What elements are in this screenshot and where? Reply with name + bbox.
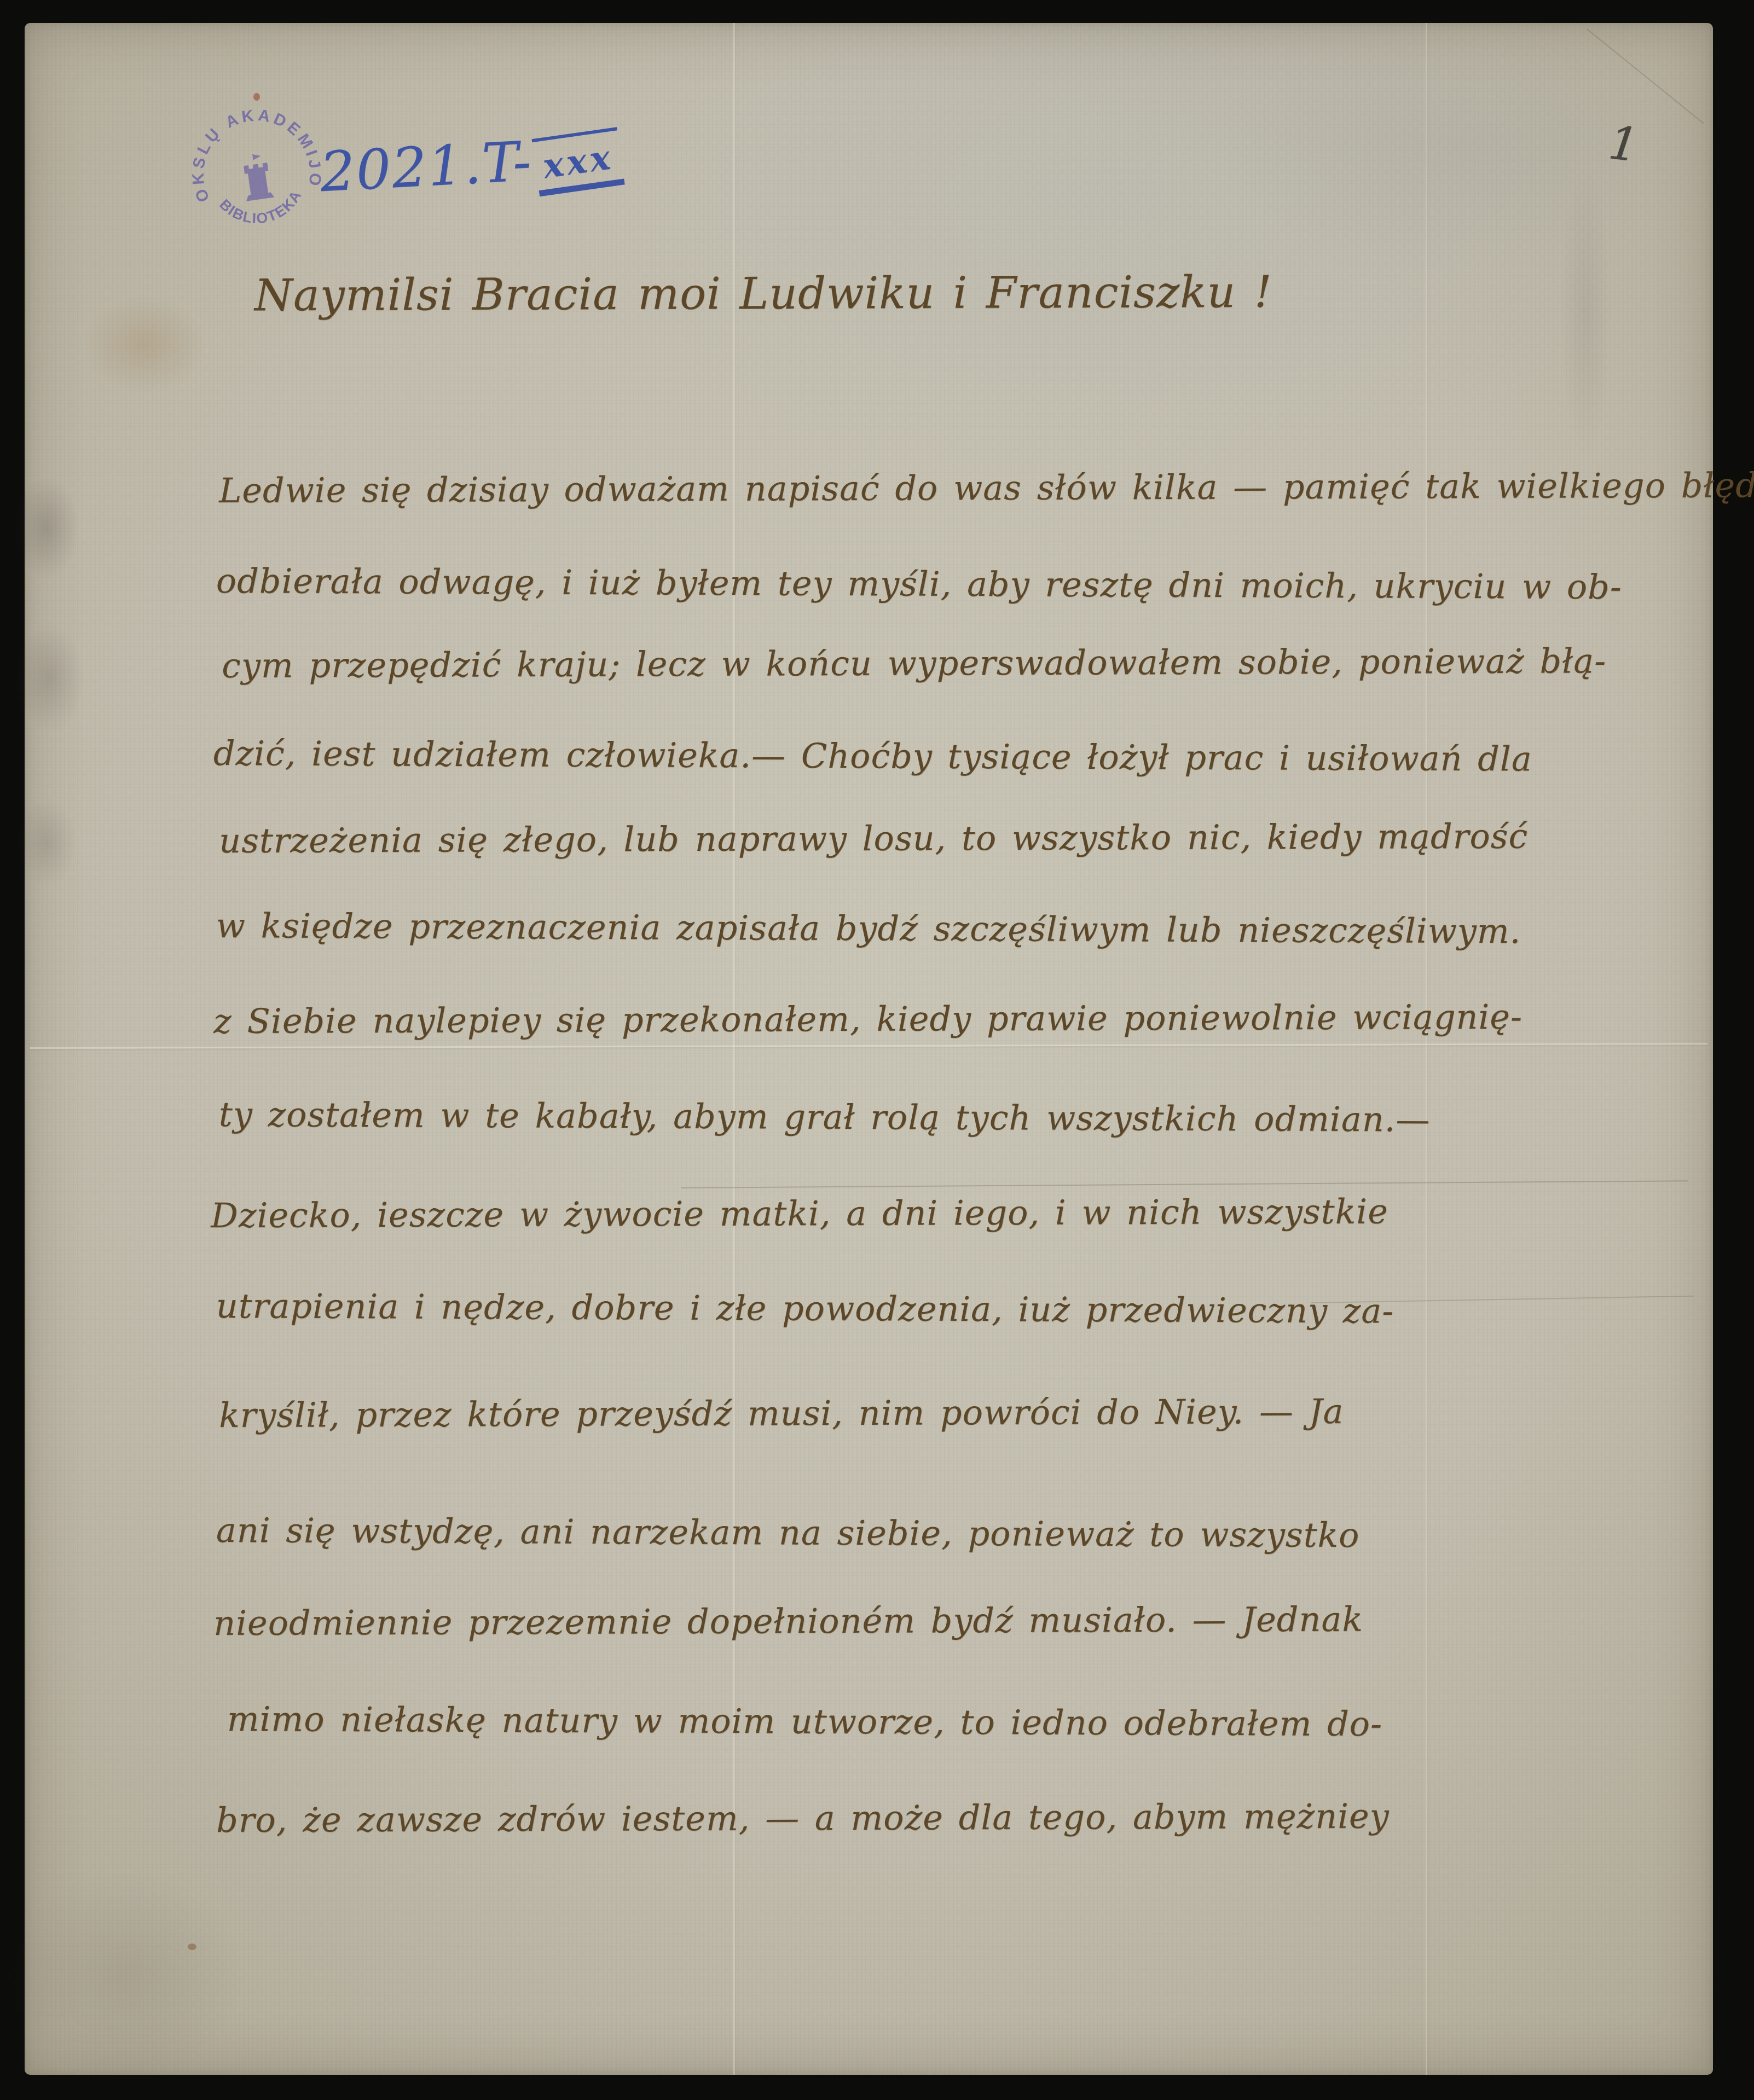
fold-crease-vertical-left — [733, 23, 735, 2075]
handwritten-line-7: z Siebie naylepiey się przekonałem, kied… — [213, 997, 1523, 1041]
catalog-number: 2021.T-xxx — [319, 125, 623, 209]
scan-background: { "page_number": "1", "stamp": { "arc_to… — [0, 0, 1754, 2100]
fold-crease-vertical-right — [1426, 23, 1427, 2075]
smudge-left-edge-1 — [14, 476, 79, 580]
handwritten-line-3: cym przepędzić kraju; lecz w końcu wyper… — [222, 641, 1606, 686]
stamp-tower-emblem — [240, 152, 274, 201]
handwritten-line-9: Dziecko, ieszcze w żywocie matki, a dni … — [211, 1191, 1388, 1235]
handwritten-line-14: mimo niełaskę natury w moim utworze, to … — [227, 1699, 1382, 1744]
catalog-prefix: 2021.T- — [319, 129, 534, 204]
handwritten-line-10: utrapienia i nędze, dobre i złe powodzen… — [216, 1286, 1394, 1331]
salutation-line: Naymilsi Bracia moi Ludwiku i Franciszku… — [254, 266, 1272, 321]
handwritten-line-2: odbierała odwagę, i iuż byłem tey myśli,… — [216, 561, 1622, 607]
handwritten-line-11: kryślił, przez które przeyśdź musi, nim … — [219, 1391, 1344, 1435]
stain-brown-top-left — [82, 295, 208, 394]
catalog-suffix: xxx — [531, 127, 624, 196]
page-number: 1 — [1606, 115, 1641, 172]
library-stamp: MOKSLŲ AKADEMIJOS BIBLIOTEKA — [183, 100, 331, 247]
streak-right-fold — [1560, 164, 1612, 460]
handwritten-line-13: nieodmiennie przezemnie dopełnioném bydź… — [213, 1599, 1363, 1643]
handwritten-line-6: w księdze przeznaczenia zapisała bydź sz… — [216, 906, 1521, 951]
crease-corner-top-right — [1587, 28, 1704, 124]
speck-red — [253, 93, 260, 101]
handwritten-line-1: Ledwie się dzisiay odważam napisać do wa… — [219, 465, 1754, 511]
smudge-left-edge-2 — [14, 624, 85, 733]
handwritten-line-8: ty zostałem w te kabały, abym grał rolą … — [219, 1094, 1431, 1140]
fold-crease-horizontal-middle — [30, 1043, 1707, 1049]
smudge-left-edge-3 — [16, 799, 77, 886]
handwritten-line-12: ani się wstydzę, ani narzekam na siebie,… — [216, 1510, 1360, 1555]
letter-page: MOKSLŲ AKADEMIJOS BIBLIOTEKA 2021.T-xxx … — [25, 23, 1713, 2075]
speck-brown-bottom — [188, 1944, 196, 1950]
handwritten-line-15: bro, że zawsze zdrów iestem, — a może dl… — [216, 1796, 1390, 1840]
handwritten-line-5: ustrzeżenia się złego, lub naprawy losu,… — [219, 816, 1528, 861]
handwritten-line-4: dzić, iest udziałem człowieka.— Choćby t… — [213, 733, 1532, 779]
crease-right-upper — [681, 1180, 1688, 1188]
wash-upper-right — [1204, 31, 1724, 266]
shade-bottom-left-corner — [8, 1872, 244, 2080]
